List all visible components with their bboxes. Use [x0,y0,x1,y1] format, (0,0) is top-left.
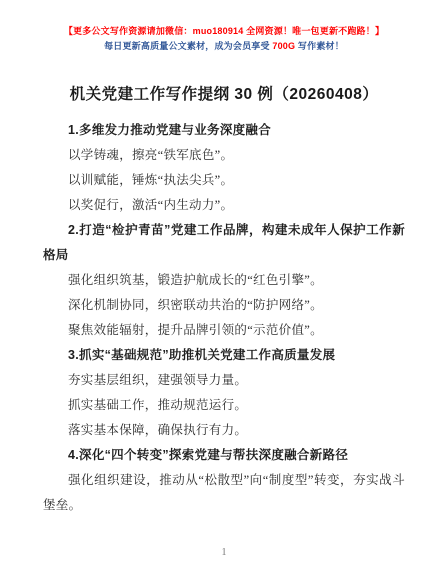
document-title: 机关党建工作写作提纲 30 例（20260408） [0,82,448,104]
document-paragraph: 落实基本保障，确保执行有力。 [43,418,405,443]
document-paragraph: 强化组织建设，推动从“松散型”向“制度型”转变，夯实战斗堡垒。 [43,468,405,518]
header-ad-banner: 【更多公文写作资源请加微信：muo180914 全网资源！唯一包更新不跑路！】 … [0,0,448,54]
document-paragraph: 4.深化“四个转变”探索党建与帮扶深度融合新路径 [43,443,405,468]
document-paragraph: 夯实基层组织，建强领导力量。 [43,368,405,393]
ad-line-2: 每日更新高质量公文素材，成为会员享受 700G 写作素材！ [0,39,448,54]
document-paragraph: 以奖促行，激活“内生动力”。 [43,193,405,218]
document-paragraph: 深化机制协同，织密联动共治的“防护网络”。 [43,293,405,318]
document-paragraph: 以训赋能，锤炼“执法尖兵”。 [43,168,405,193]
document-paragraph: 3.抓实“基础规范”助推机关党建工作高质量发展 [43,343,405,368]
ad-line-2-highlight: 700G [272,41,295,51]
document-paragraph: 抓实基础工作，推动规范运行。 [43,393,405,418]
document-paragraph: 1.多维发力推动党建与业务深度融合 [43,118,405,143]
document-page: 【更多公文写作资源请加微信：muo180914 全网资源！唯一包更新不跑路！】 … [0,0,448,580]
ad-line-2-prefix: 每日更新高质量公文素材，成为会员享受 [104,41,272,51]
ad-line-1: 【更多公文写作资源请加微信：muo180914 全网资源！唯一包更新不跑路！】 [0,24,448,39]
document-paragraph: 以学铸魂，擦亮“铁军底色”。 [43,143,405,168]
document-paragraph: 2.打造“检护青苗”党建工作品牌，构建未成年人保护工作新格局 [43,218,405,268]
document-body: 1.多维发力推动党建与业务深度融合 以学铸魂，擦亮“铁军底色”。 以训赋能，锤炼… [0,118,448,518]
page-number: 1 [0,547,448,558]
document-paragraph: 聚焦效能辐射，提升品牌引领的“示范价值”。 [43,318,405,343]
document-paragraph: 强化组织筑基，锻造护航成长的“红色引擎”。 [43,268,405,293]
ad-line-2-suffix: 写作素材！ [295,41,344,51]
